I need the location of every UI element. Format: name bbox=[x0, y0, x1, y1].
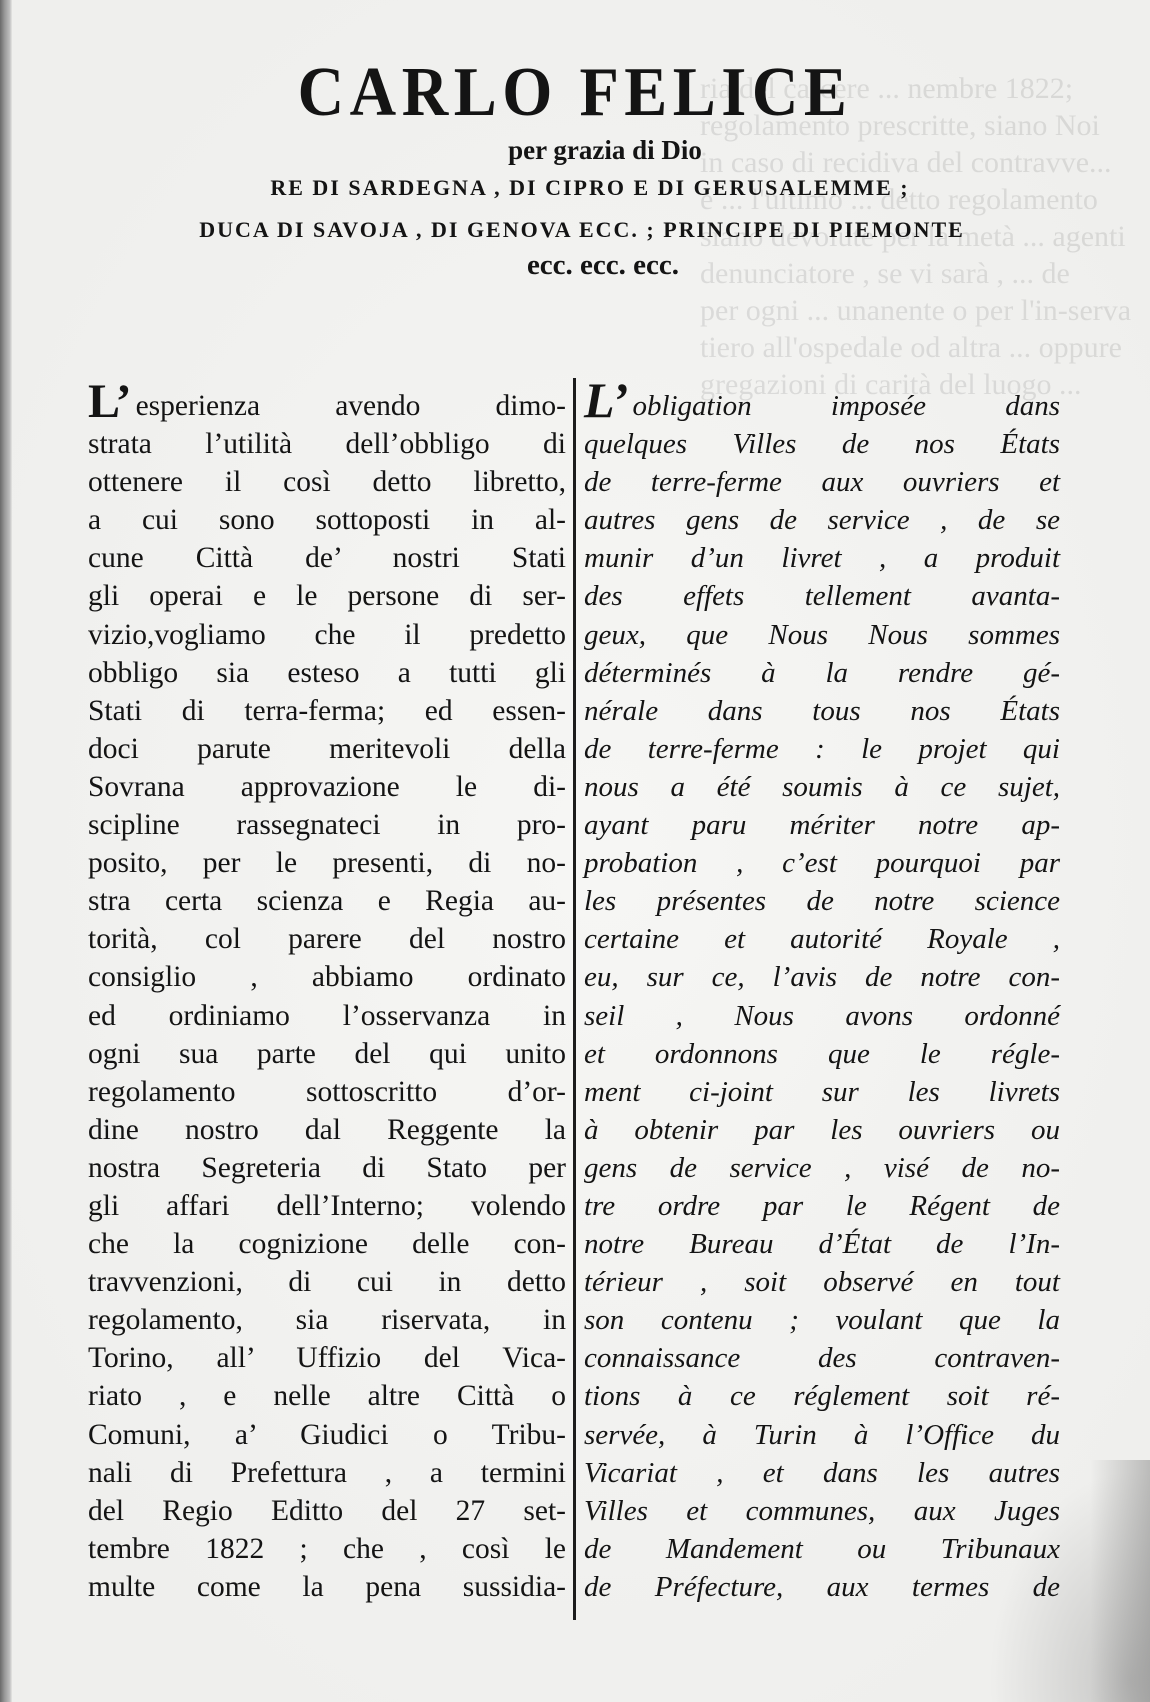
royal-titles-line-1: RE DI SARDEGNA , DI CIPRO E DI GERUSALEM… bbox=[0, 175, 1150, 201]
text-line: L’obligation imposée dans bbox=[584, 387, 1060, 425]
text-line: riato , e nelle altre Città o bbox=[88, 1377, 566, 1415]
text-line: Stati di terra-ferma; ed essen- bbox=[88, 692, 566, 730]
text-line: del Regio Editto del 27 set- bbox=[88, 1492, 566, 1530]
text-line: eu, sur ce, l’avis de notre con- bbox=[584, 958, 1060, 996]
page-corner-shadow bbox=[1090, 1460, 1150, 1702]
text-line: ed ordiniamo l’osservanza in bbox=[88, 997, 566, 1035]
text-line: a cui sono sottoposti in al- bbox=[88, 501, 566, 539]
text-line: tre ordre par le Régent de bbox=[584, 1187, 1060, 1225]
text-line: gli operai e le persone di ser- bbox=[88, 577, 566, 615]
text-line: connaissance des contraven- bbox=[584, 1339, 1060, 1377]
text-line: geux, que Nous Nous sommes bbox=[584, 616, 1060, 654]
text-line: servée, à Turin à l’Office du bbox=[584, 1416, 1060, 1454]
text-line: doci parute meritevoli della bbox=[88, 730, 566, 768]
king-name-title: CARLO FELICE bbox=[46, 58, 1104, 128]
text-line: son contenu ; voulant que la bbox=[584, 1301, 1060, 1339]
text-line: de Préfecture, aux termes de bbox=[584, 1568, 1060, 1606]
text-line: munir d’un livret , a produit bbox=[584, 539, 1060, 577]
text-line: ottenere il così detto libretto, bbox=[88, 463, 566, 501]
text-line: certaine et autorité Royale , bbox=[584, 920, 1060, 958]
text-line: gli affari dell’Interno; volendo bbox=[88, 1187, 566, 1225]
text-line: L’esperienza avendo dimo- bbox=[88, 387, 566, 425]
text-line: che la cognizione delle con- bbox=[88, 1225, 566, 1263]
text-line: ogni sua parte del qui unito bbox=[88, 1035, 566, 1073]
text-line: Vicariat , et dans les autres bbox=[584, 1454, 1060, 1492]
drop-cap: L’ bbox=[584, 372, 628, 428]
text-line: ayant paru mériter notre ap- bbox=[584, 806, 1060, 844]
text-line: Villes et communes, aux Juges bbox=[584, 1492, 1060, 1530]
text-line: et ordonnons que le régle- bbox=[584, 1035, 1060, 1073]
text-line: tembre 1822 ; che , così le bbox=[88, 1530, 566, 1568]
scanned-page: ria del carcere ... nembre 1822; regolam… bbox=[0, 0, 1150, 1702]
text-line: tions à ce réglement soit ré- bbox=[584, 1377, 1060, 1415]
text-line: quelques Villes de nos États bbox=[584, 425, 1060, 463]
text-line: de terre-ferme aux ouvriers et bbox=[584, 463, 1060, 501]
ghost-line: tiero all'ospedale od altra ... oppure bbox=[700, 329, 1140, 366]
text-line: notre Bureau d’État de l’In- bbox=[584, 1225, 1060, 1263]
text-line: nali di Prefettura , a termini bbox=[88, 1454, 566, 1492]
text-line: vizio,vogliamo che il predetto bbox=[88, 616, 566, 654]
text-line: nous a été soumis à ce sujet, bbox=[584, 768, 1060, 806]
text-line: cune Città de’ nostri Stati bbox=[88, 539, 566, 577]
grace-of-god-line: per grazia di Dio bbox=[0, 135, 1150, 165]
column-divider bbox=[573, 378, 576, 1620]
text-line: Torino, all’ Uffizio del Vica- bbox=[88, 1339, 566, 1377]
text-line: posito, per le presenti, di no- bbox=[88, 844, 566, 882]
text-line: seil , Nous avons ordonné bbox=[584, 997, 1060, 1035]
text-line: Sovrana approvazione le di- bbox=[88, 768, 566, 806]
text-line: scipline rassegnateci in pro- bbox=[88, 806, 566, 844]
drop-cap: L’ bbox=[88, 375, 132, 428]
text-line: autres gens de service , de se bbox=[584, 501, 1060, 539]
text-line: de Mandement ou Tribunaux bbox=[584, 1530, 1060, 1568]
text-line: de terre-ferme : le projet qui bbox=[584, 730, 1060, 768]
royal-titles-line-2: DUCA DI SAVOJA , DI GENOVA ECC. ; PRINCI… bbox=[0, 217, 1150, 243]
text-line: regolamento sottoscritto d’or- bbox=[88, 1073, 566, 1111]
text-line: obbligo sia esteso a tutti gli bbox=[88, 654, 566, 692]
text-line: à obtenir par les ouvriers ou bbox=[584, 1111, 1060, 1149]
text-line: torità, col parere del nostro bbox=[88, 920, 566, 958]
text-line: travvenzioni, di cui in detto bbox=[88, 1263, 566, 1301]
text-line: les présentes de notre science bbox=[584, 882, 1060, 920]
italian-column: L’esperienza avendo dimo- strata l’utili… bbox=[88, 387, 566, 1606]
text-line: ment ci-joint sur les livrets bbox=[584, 1073, 1060, 1111]
text-line: strata l’utilità dell’obbligo di bbox=[88, 425, 566, 463]
text-line-content: esperienza avendo dimo- bbox=[136, 390, 566, 422]
text-line-content: obligation imposée dans bbox=[632, 390, 1060, 422]
text-line: dine nostro dal Reggente la bbox=[88, 1111, 566, 1149]
text-line: probation , c’est pourquoi par bbox=[584, 844, 1060, 882]
ghost-line: per ogni ... unanente o per l'in-serva bbox=[700, 292, 1140, 329]
text-line: multe come la pena sussidia- bbox=[88, 1568, 566, 1606]
text-line: déterminés à la rendre gé- bbox=[584, 654, 1060, 692]
text-line: térieur , soit observé en tout bbox=[584, 1263, 1060, 1301]
text-line: stra certa scienza e Regia au- bbox=[88, 882, 566, 920]
text-line: Comuni, a’ Giudici o Tribu- bbox=[88, 1416, 566, 1454]
text-line: consiglio , abbiamo ordinato bbox=[88, 958, 566, 996]
text-line: regolamento, sia riservata, in bbox=[88, 1301, 566, 1339]
text-line: nérale dans tous nos États bbox=[584, 692, 1060, 730]
text-line: gens de service , visé de no- bbox=[584, 1149, 1060, 1187]
text-line: nostra Segreteria di Stato per bbox=[88, 1149, 566, 1187]
french-column: L’obligation imposée dans quelques Ville… bbox=[584, 387, 1060, 1606]
text-line: des effets tellement avanta- bbox=[584, 577, 1060, 615]
etcetera-line: ecc. ecc. ecc. bbox=[0, 249, 1150, 281]
